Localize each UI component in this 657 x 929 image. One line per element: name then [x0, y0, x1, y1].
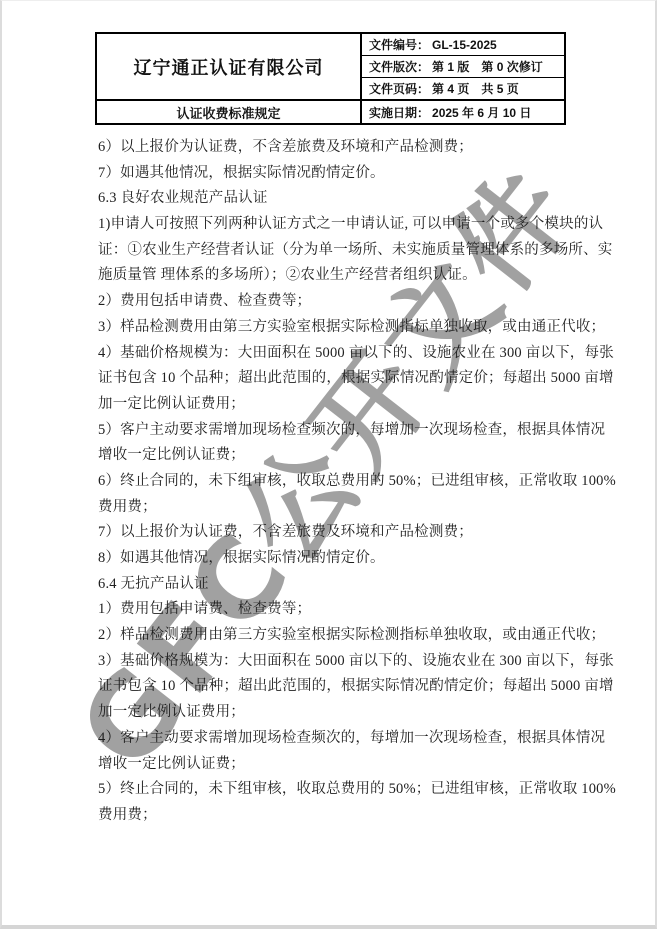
text-line: 5）客户主动要求需增加现场检查频次的，每增加一次现场检查，根据具体情况 [98, 418, 576, 444]
field-doc-number-value: GL-15-2025 [432, 38, 497, 52]
text-line: 增收一定比例认证费； [98, 443, 576, 469]
text-line: 3）样品检测费用由第三方实验室根据实际检测指标单独收取，或由通正代收； [98, 315, 576, 341]
field-effective-date-value: 2025 年 6 月 10 日 [432, 106, 531, 120]
text-line: 6）终止合同的，未下组审核，收取总费用的 50%；已进组审核，正常收取 100% [98, 469, 576, 495]
company-name: 辽宁通正认证有限公司 [96, 33, 361, 100]
text-line: 加一定比例认证费用； [98, 392, 576, 418]
text-line: 6）以上报价为认证费，不含差旅费及环境和产品检测费； [98, 135, 576, 161]
text-line: 5）终止合同的，未下组审核，收取总费用的 50%；已进组审核，正常收取 100% [98, 777, 576, 803]
document-header-table: 辽宁通正认证有限公司 文件编号：GL-15-2025 文件版次：第 1 版 第 … [95, 32, 566, 125]
field-doc-page: 文件页码：第 4 页 共 5 页 [361, 78, 565, 101]
text-line: 4）基础价格规模为：大田面积在 5000 亩以下的、设施农业在 300 亩以下，… [98, 341, 576, 367]
text-line: 4）客户主动要求需增加现场检查频次的，每增加一次现场检查，根据具体情况 [98, 726, 576, 752]
document-page: GFC公开文件 辽宁通正认证有限公司 文件编号：GL-15-2025 文件版次：… [0, 0, 657, 929]
field-doc-version-value: 第 1 版 第 0 次修订 [432, 60, 543, 74]
text-line: 加一定比例认证费用； [98, 700, 576, 726]
text-line: 增收一定比例认证费； [98, 752, 576, 778]
text-line: 7）以上报价为认证费，不含差旅费及环境和产品检测费； [98, 520, 576, 546]
document-body: 6）以上报价为认证费，不含差旅费及环境和产品检测费；7）如遇其他情况，根据实际情… [98, 135, 576, 829]
text-line: 1)申请人可按照下列两种认证方式之一申请认证, 可以申请一个或多个模块的认 [98, 212, 576, 238]
text-line: 3）基础价格规模为：大田面积在 5000 亩以下的、设施农业在 300 亩以下，… [98, 649, 576, 675]
field-doc-page-label: 文件页码： [369, 82, 429, 96]
text-line: 8）如遇其他情况，根据实际情况酌情定价。 [98, 546, 576, 572]
text-line: 证：①农业生产经营者认证（分为单一场所、未实施质量管理体系的多场所、实 [98, 238, 576, 264]
field-doc-number-label: 文件编号： [369, 38, 429, 52]
field-doc-version-label: 文件版次： [369, 60, 429, 74]
text-line: 证书包含 10 个品种；超出此范围的，根据实际情况酌情定价；每超出 5000 亩… [98, 366, 576, 392]
text-line: 7）如遇其他情况，根据实际情况酌情定价。 [98, 161, 576, 187]
field-doc-version: 文件版次：第 1 版 第 0 次修订 [361, 56, 565, 78]
text-line: 2）费用包括申请费、检查费等； [98, 289, 576, 315]
text-line: 6.4 无抗产品认证 [98, 572, 576, 598]
text-line: 证书包含 10 个品种；超出此范围的，根据实际情况酌情定价；每超出 5000 亩… [98, 674, 576, 700]
field-doc-page-value: 第 4 页 共 5 页 [432, 82, 519, 96]
text-line: 6.3 良好农业规范产品认证 [98, 186, 576, 212]
field-effective-date: 实施日期：2025 年 6 月 10 日 [361, 100, 565, 124]
document-title: 认证收费标准规定 [96, 100, 361, 124]
field-effective-date-label: 实施日期： [369, 106, 429, 120]
text-line: 费用费； [98, 803, 576, 829]
field-doc-number: 文件编号：GL-15-2025 [361, 33, 565, 56]
text-line: 1）费用包括申请费、检查费等； [98, 597, 576, 623]
text-line: 施质量管 理体系的多场所）；②农业生产经营者组织认证。 [98, 263, 576, 289]
text-line: 2）样品检测费用由第三方实验室根据实际检测指标单独收取，或由通正代收； [98, 623, 576, 649]
text-line: 费用费； [98, 495, 576, 521]
